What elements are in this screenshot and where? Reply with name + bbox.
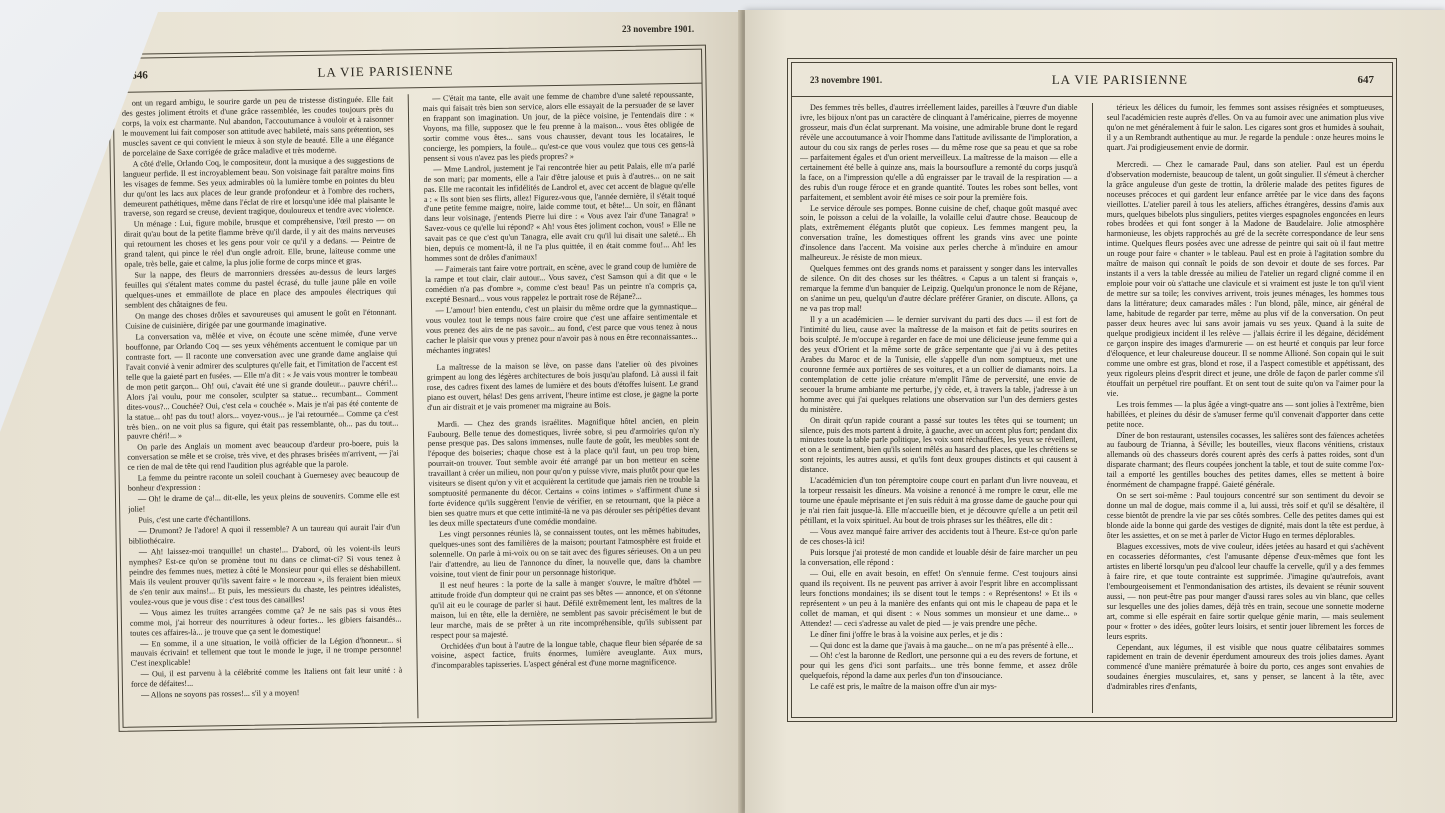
paragraph: Puis lorsque j'ai protesté de mon candid…: [800, 548, 1078, 568]
magazine-title: LA VIE PARISIENNE: [1052, 72, 1188, 88]
left-column-2: — C'était ma tante, elle avait une femme…: [422, 90, 703, 718]
left-page-frame: 646 LA VIE PARISIENNE ont un regard ambi…: [108, 45, 717, 732]
paragraph: — C'était ma tante, elle avait une femme…: [422, 90, 695, 164]
left-page-columns: ont un regard ambigu, le sourire garde u…: [122, 90, 704, 723]
paragraph: — Oui, elle en avait besoin, en effet! O…: [800, 569, 1078, 629]
paragraph: A côté d'elle, Orlando Coq, le composite…: [123, 155, 395, 219]
issue-date: 23 novembre 1901.: [810, 75, 882, 85]
paragraph: Le service déroule ses pompes. Bonne cui…: [800, 204, 1078, 264]
issue-date: 23 novembre 1901.: [622, 24, 694, 34]
paragraph: Orchidées d'un bout à l'autre de la long…: [431, 637, 703, 671]
page-number: 647: [1358, 74, 1375, 86]
paragraph: térieux les délices du fumoir, les femme…: [1107, 103, 1385, 153]
page-number: 646: [131, 69, 148, 81]
left-page: 646 LA VIE PARISIENNE ont un regard ambi…: [0, 12, 742, 813]
paragraph: Les trois femmes — la plus âgée a vingt-…: [1107, 400, 1385, 430]
right-column-2: térieux les délices du fumoir, les femme…: [1107, 103, 1385, 713]
paragraph: — Vous aimez les truites arrangées comme…: [130, 604, 402, 638]
right-page: 23 novembre 1901. LA VIE PARISIENNE 647 …: [745, 10, 1445, 813]
paragraph: Quelques femmes ont des grands noms et p…: [800, 264, 1078, 314]
right-column-1: Des femmes très belles, d'autres irréell…: [800, 103, 1078, 713]
column-divider: [1092, 103, 1093, 713]
paragraph: Mardi. — Chez des grands israélites. Mag…: [427, 415, 700, 529]
paragraph: La conversation va, mêlée et vive, on éc…: [125, 328, 398, 442]
paragraph: — L'amour! bien entendu, c'est un plaisi…: [425, 302, 697, 356]
paragraph: — Mme Landrol, justement je l'ai rencont…: [423, 160, 696, 264]
left-column-1: ont un regard ambigu, le sourire garde u…: [122, 95, 403, 723]
paragraph: Dîner de bon restaurant, ustensiles coca…: [1107, 431, 1385, 491]
paragraph: Il y a un académicien — le dernier survi…: [800, 315, 1078, 415]
paragraph: — J'aimerais tant faire votre portrait, …: [425, 261, 697, 305]
right-page-header: 23 novembre 1901. LA VIE PARISIENNE 647: [792, 63, 1392, 97]
paragraph: ont un regard ambigu, le sourire garde u…: [122, 95, 394, 159]
paragraph: La maîtresse de la maison se lève, on pa…: [426, 359, 698, 413]
magazine-title: LA VIE PARISIENNE: [317, 62, 453, 80]
paragraph: Blagues excessives, mots de vive couleur…: [1107, 542, 1385, 642]
paragraph: Un ménage : Lui, figure mobile, brusque …: [124, 216, 396, 270]
paragraph: — Vous avez manqué faire arriver des acc…: [800, 527, 1078, 547]
column-divider: [407, 94, 418, 718]
paragraph: — Oh! c'est la baronne de Redlort, une p…: [800, 651, 1078, 681]
paragraph: — Qui donc est la dame que j'avais à ma …: [800, 641, 1078, 651]
paragraph: Des femmes très belles, d'autres irréell…: [800, 103, 1078, 203]
paragraph: Mercredi. — Chez le camarade Paul, dans …: [1107, 160, 1385, 399]
paragraph: — En somme, il a une situation, le voilà…: [130, 635, 402, 669]
paragraph: On parle des Anglais un moment avec beau…: [127, 439, 399, 473]
right-page-frame: 23 novembre 1901. LA VIE PARISIENNE 647 …: [787, 58, 1397, 722]
paragraph: Le dîner fini j'offre le bras à la voisi…: [800, 630, 1078, 640]
paragraph: Sur la nappe, des fleurs de marronniers …: [124, 267, 396, 311]
paragraph: Les vingt personnes réunies là, se conna…: [429, 526, 701, 580]
paragraph: On dirait qu'un rapide courant a passé s…: [800, 416, 1078, 476]
paragraph: Cependant, aux légumes, il est visible q…: [1107, 643, 1385, 693]
right-page-columns: Des femmes très belles, d'autres irréell…: [800, 103, 1384, 713]
paragraph: L'académicien d'un ton péremptoire coupe…: [800, 476, 1078, 526]
paragraph: On se sert soi-même : Paul toujours conc…: [1107, 491, 1385, 541]
paragraph: — Ah! laissez-moi tranquille! un chaste!…: [129, 543, 401, 607]
paragraph: Il est neuf heures : la porte de la sall…: [430, 577, 702, 641]
paragraph: Le café est pris, le maître de la maison…: [800, 682, 1078, 692]
